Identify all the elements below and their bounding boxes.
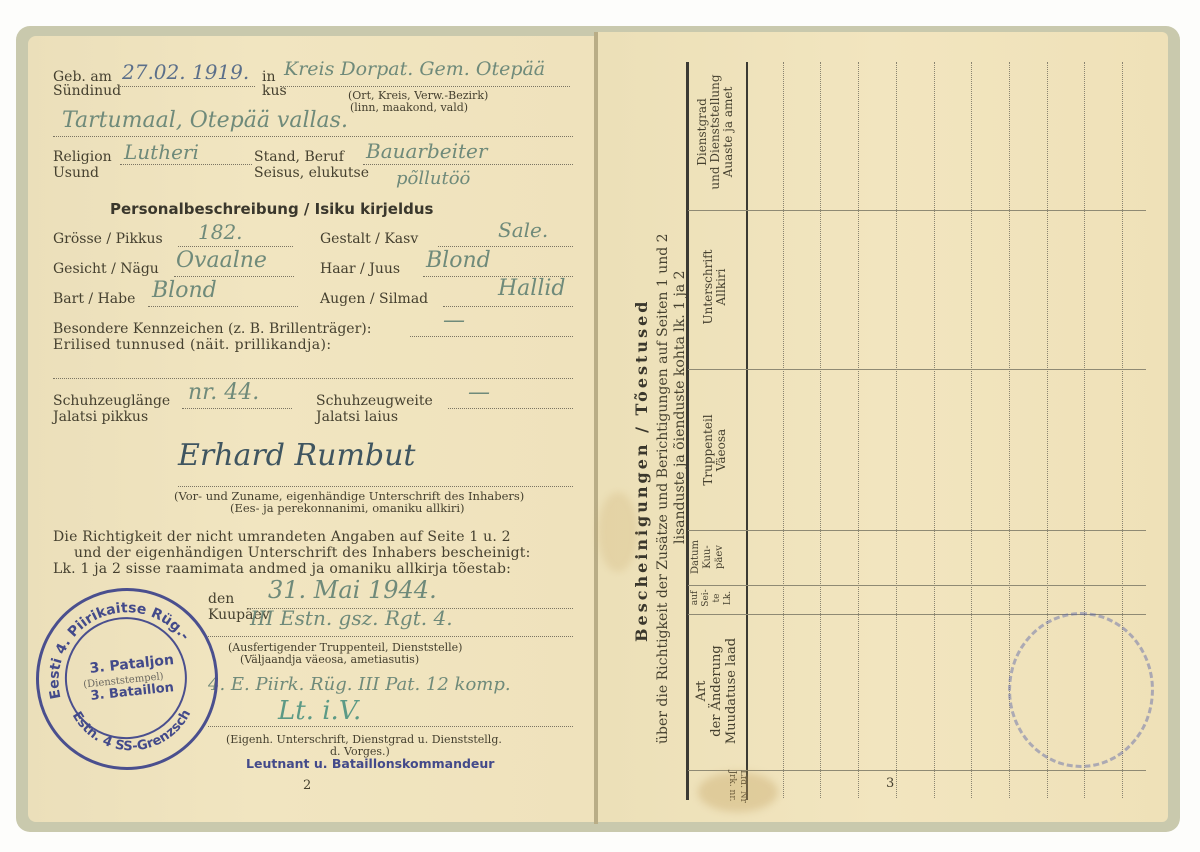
col-header-art: Art der Änderung Muudatuse laad xyxy=(694,616,739,766)
religion-label-et: Usund xyxy=(53,166,99,181)
birth-date-value: 27.02. 1919. xyxy=(122,60,249,84)
page-3: Bescheinigungen / Tõestused über die Ric… xyxy=(598,32,1168,822)
certification-line-1: Die Richtigkeit der nicht umrandeten Ang… xyxy=(53,530,511,545)
height-value: 182. xyxy=(198,220,243,244)
shoe-width-label-de: Schuhzeugweite xyxy=(316,394,433,409)
certifications-subtitle-de: über die Richtigkeit der Zusätze und Ber… xyxy=(656,233,671,744)
officer-rank-stamp: Leutnant u. Bataillonskommandeur xyxy=(246,756,494,771)
special-marks-value: — xyxy=(443,308,465,333)
water-stain xyxy=(598,492,638,572)
entry-row xyxy=(896,62,897,798)
faded-stamp xyxy=(1008,612,1154,768)
officer-signature: Lt. i.V. xyxy=(278,696,361,726)
religion-label-de: Religion xyxy=(53,150,112,165)
hair-label: Haar / Juus xyxy=(320,262,400,277)
religion-value: Lutheri xyxy=(124,140,199,164)
entry-row xyxy=(783,62,784,798)
occupation-value-et: põllutöö xyxy=(396,168,470,189)
birth-place-hint-et: (linn, maakond, vald) xyxy=(350,102,468,114)
beard-value: Blond xyxy=(152,278,217,303)
page-2: Geb. am Sündinud 27.02. 1919. in kus Kre… xyxy=(28,36,594,822)
entry-row xyxy=(858,62,859,798)
eyes-value: Hallid xyxy=(498,276,566,301)
cert-date-label-de: den xyxy=(208,592,234,607)
special-marks-label-de: Besondere Kennzeichen (z. B. Brillenträg… xyxy=(53,322,371,337)
entry-row xyxy=(820,62,821,798)
description-title: Personalbeschreibung / Isiku kirjeldus xyxy=(110,200,433,218)
build-label: Gestalt / Kasv xyxy=(320,232,418,247)
cert-unit-caption-et: (Väljaandja väeosa, ametiasutis) xyxy=(240,654,419,666)
occupation-label-et: Seisus, elukutse xyxy=(254,166,369,181)
shoe-length-label-et: Jalatsi pikkus xyxy=(53,410,148,425)
beard-label: Bart / Habe xyxy=(53,292,135,307)
cert-date-value: 31. Mai 1944. xyxy=(268,576,437,604)
entry-row xyxy=(934,62,935,798)
shoe-width-value: — xyxy=(468,380,490,405)
hair-value: Blond xyxy=(426,248,491,273)
build-value: Sale. xyxy=(498,218,548,242)
col-header-seite: auf Sei- te Lk. xyxy=(690,584,734,612)
birth-place-value-2: Tartumaal, Otepää vallas. xyxy=(62,108,348,133)
certification-line-3: Lk. 1 ja 2 sisse raamimata andmed ja oma… xyxy=(53,562,511,577)
page-number-right: 3 xyxy=(886,776,894,791)
occupation-value: Bauarbeiter xyxy=(366,139,487,163)
col-header-dienstgrad: Dienstgrad und Dienststellung Auaste ja … xyxy=(696,62,735,202)
certification-line-2: und der eigenhändigen Unterschrift des I… xyxy=(74,546,531,561)
occupation-label-de: Stand, Beruf xyxy=(254,150,344,165)
entry-row xyxy=(971,62,972,798)
shoe-width-label-et: Jalatsi laius xyxy=(316,410,398,425)
holder-signature-caption-et: (Ees- ja perekonnanimi, omaniku allkiri) xyxy=(230,502,465,514)
special-marks-label-et: Erilised tunnused (näit. prillikandja): xyxy=(53,338,331,353)
shoe-length-label-de: Schuhzeuglänge xyxy=(53,394,170,409)
table-header-border xyxy=(746,62,748,800)
col-header-datum: Datum Kuu- päev xyxy=(690,532,726,582)
certifications-title: Bescheinigungen / Tõestused xyxy=(632,299,651,642)
eyes-label: Augen / Silmad xyxy=(320,292,428,307)
col-header-truppenteil: Truppenteil Väeosa xyxy=(702,380,728,520)
shoe-length-value: nr. 44. xyxy=(188,380,259,405)
water-stain xyxy=(698,772,778,812)
holder-signature: Erhard Rumbut xyxy=(178,438,415,473)
col-header-unterschrift: Unterschrift Allkiri xyxy=(702,217,728,357)
battalion-stamp: Eesti 4. Piirikaitse Rüg.- Estn. 4 SS-Gr… xyxy=(27,579,227,779)
page-number-left: 2 xyxy=(303,778,311,793)
height-label: Grösse / Pikkus xyxy=(53,232,163,247)
cert-unit-value-2: 4. E. Piirk. Rüg. III Pat. 12 komp. xyxy=(208,674,511,695)
birth-label-et: Sündinud xyxy=(53,84,121,99)
face-label: Gesicht / Nägu xyxy=(53,262,159,277)
cert-unit-value: III Estn. gsz. Rgt. 4. xyxy=(250,606,453,630)
face-value: Ovaalne xyxy=(176,248,267,273)
birth-place-value: Kreis Dorpat. Gem. Otepää xyxy=(284,58,545,80)
table-thick-border xyxy=(686,62,689,800)
